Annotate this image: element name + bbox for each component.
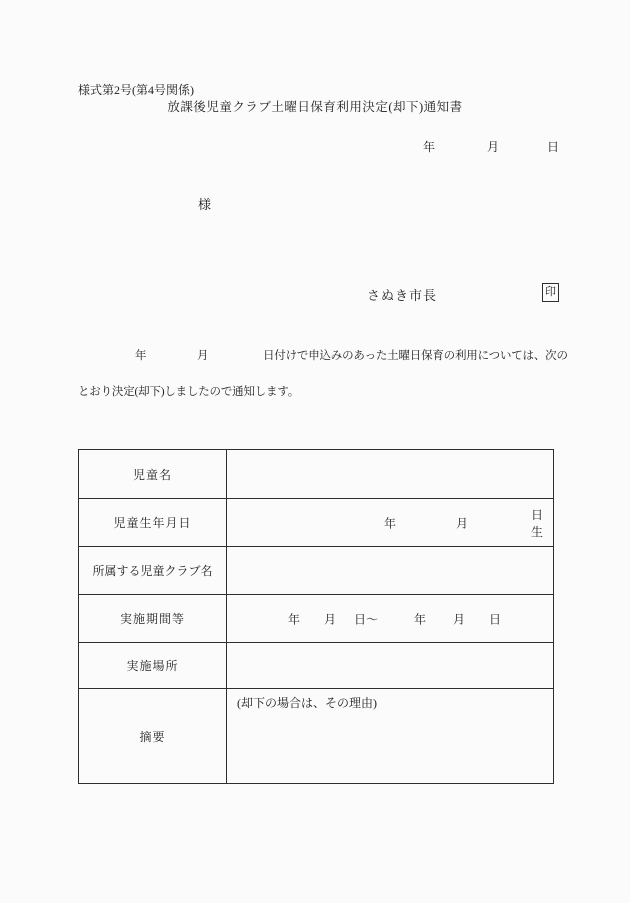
birth-date-value-cell: 年 月 日生 [227,499,554,547]
period-start-day-label: 日～ [354,610,378,627]
period-end-day-label: 日 [489,610,501,627]
period-end-year-label: 年 [414,610,426,627]
issue-date-day-label: 日 [547,138,559,155]
issue-date-year-label: 年 [423,138,435,155]
period-end-month-label: 月 [453,610,465,627]
issue-date-month-label: 月 [487,138,499,155]
location-label: 実施場所 [79,643,227,689]
location-value-cell [227,643,554,689]
birth-date-label: 児童生年月日 [79,499,227,547]
issue-date-line: 年 月 日 [0,138,630,154]
period-label: 実施期間等 [79,595,227,643]
document-title: 放課後児童クラブ土曜日保育利用決定(却下)通知書 [0,97,630,115]
period-value-cell: 年 月 日～ 年 月 日 [227,595,554,643]
period-start-year-label: 年 [288,610,300,627]
birth-day-label: 日生 [531,506,553,540]
decision-details-table: 児童名 児童生年月日 年 月 日生 所属する児童クラブ名 実施期間等 年 月 日… [78,449,554,784]
table-row-remarks: 摘要 (却下の場合は、その理由) [79,689,554,784]
club-name-label: 所属する児童クラブ名 [79,547,227,595]
document-page: 様式第2号(第4号関係) 放課後児童クラブ土曜日保育利用決定(却下)通知書 年 … [0,0,630,903]
remarks-value-cell: (却下の場合は、その理由) [227,689,554,784]
period-start-month-label: 月 [324,610,336,627]
birth-month-label: 月 [456,514,468,531]
body-line1-text: 日付けで申込みのあった土曜日保育の利用については、次の [263,347,568,363]
rejection-reason-note: (却下の場合は、その理由) [227,689,553,711]
table-row-location: 実施場所 [79,643,554,689]
remarks-label: 摘要 [79,689,227,784]
body-paragraph-line1: 年 月 日付けで申込みのあった土曜日保育の利用については、次の [0,347,630,363]
table-row-club-name: 所属する児童クラブ名 [79,547,554,595]
child-name-label: 児童名 [79,450,227,499]
application-year-label: 年 [135,347,147,363]
form-number: 様式第2号(第4号関係) [78,81,194,98]
official-seal-placeholder: 印 [542,283,559,302]
club-name-value-cell [227,547,554,595]
table-row-child-name: 児童名 [79,450,554,499]
child-name-value-cell [227,450,554,499]
application-month-label: 月 [197,347,209,363]
table-row-birth-date: 児童生年月日 年 月 日生 [79,499,554,547]
body-paragraph-line2: とおり決定(却下)しましたので通知します。 [78,383,299,399]
sender-title: さぬき市長 [367,285,437,304]
table-row-period: 実施期間等 年 月 日～ 年 月 日 [79,595,554,643]
addressee-honorific: 様 [198,194,211,213]
birth-year-label: 年 [384,514,396,531]
